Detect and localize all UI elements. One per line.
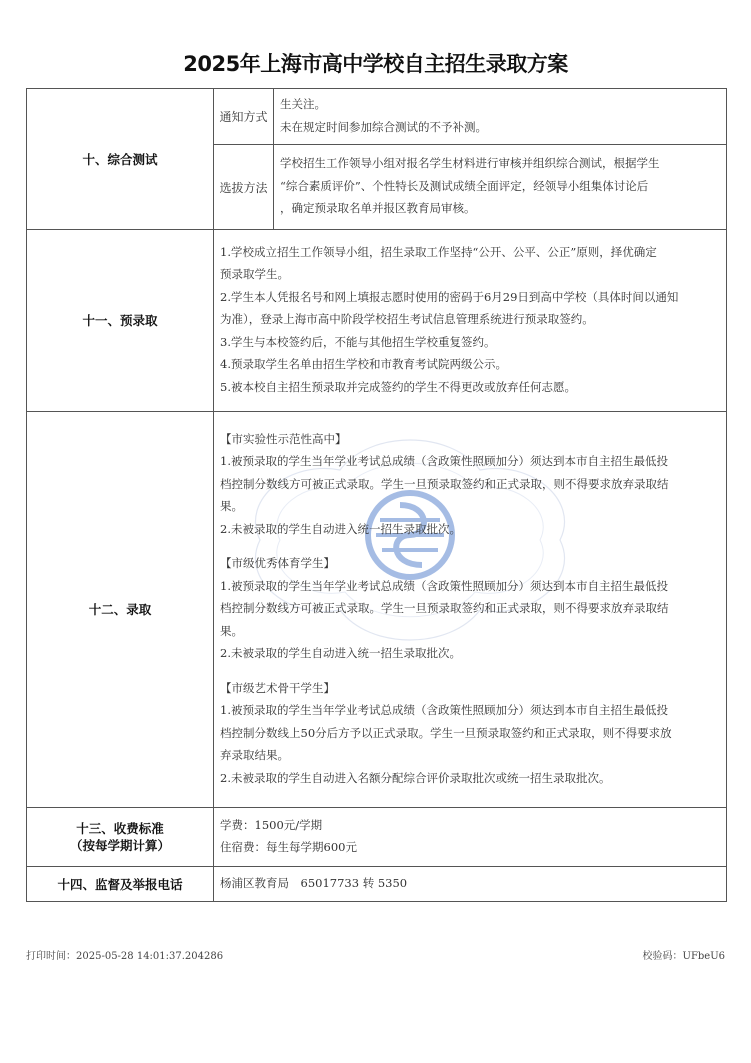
selection-line: “综合素质评价”、个性特长及测试成绩全面评定，经领导小组集体讨论后 bbox=[280, 175, 718, 198]
section-13-row: 十三、收费标准 （按每学期计算） 学费：1500元/学期 住宿费：每生每学期60… bbox=[27, 808, 727, 867]
section-13-content: 学费：1500元/学期 住宿费：每生每学期600元 bbox=[214, 808, 727, 867]
selection-method-label: 选拔方法 bbox=[214, 145, 274, 230]
pre-admission-line: 为准），登录上海市高中阶段学校招生考试信息管理系统进行预录取签约。 bbox=[220, 308, 718, 331]
section-11-row: 十一、预录取 1.学校成立招生工作领导小组，招生录取工作坚持“公开、公平、公正”… bbox=[27, 230, 727, 412]
notify-method-label: 通知方式 bbox=[214, 89, 274, 145]
supervision-phone: 杨浦区教育局 65017733 转 5350 bbox=[214, 867, 727, 902]
admission-plan-table: 十、综合测试 通知方式 生关注。 未在规定时间参加综合测试的不予补测。 选拔方法… bbox=[26, 88, 727, 902]
admission-line: 档控制分数线方可被正式录取。学生一旦预录取签约和正式录取，则不得要求放弃录取结 bbox=[220, 473, 718, 496]
admission-line: 1.被预录取的学生当年学业考试总成绩（含政策性照顾加分）须达到本市自主招生最低投 bbox=[220, 575, 718, 598]
section-10-heading: 十、综合测试 bbox=[27, 89, 214, 230]
pre-admission-line: 4.预录取学生名单由招生学校和市教育考试院两级公示。 bbox=[220, 353, 718, 376]
admission-line: 2.未被录取的学生自动进入统一招生录取批次。 bbox=[220, 642, 718, 665]
notify-method-content: 生关注。 未在规定时间参加综合测试的不予补测。 bbox=[274, 89, 727, 145]
admission-line: 1.被预录取的学生当年学业考试总成绩（含政策性照顾加分）须达到本市自主招生最低投 bbox=[220, 450, 718, 473]
selection-method-content: 学校招生工作领导小组对报名学生材料进行审核并组织综合测试，根据学生 “综合素质评… bbox=[274, 145, 727, 230]
section-11-content: 1.学校成立招生工作领导小组，招生录取工作坚持“公开、公平、公正”原则，择优确定… bbox=[214, 230, 727, 412]
pre-admission-line: 2.学生本人凭报名号和网上填报志愿时使用的密码于6月29日到高中学校（具体时间以… bbox=[220, 286, 718, 309]
admission-line: 果。 bbox=[220, 620, 718, 643]
section-10-row-notify: 十、综合测试 通知方式 生关注。 未在规定时间参加综合测试的不予补测。 bbox=[27, 89, 727, 145]
section-12-content: 【市实验性示范性高中】 1.被预录取的学生当年学业考试总成绩（含政策性照顾加分）… bbox=[214, 412, 727, 808]
group-title-demo-school: 【市实验性示范性高中】 bbox=[220, 428, 718, 451]
notify-line: 生关注。 bbox=[280, 93, 718, 116]
section-14-row: 十四、监督及举报电话 杨浦区教育局 65017733 转 5350 bbox=[27, 867, 727, 902]
boarding-fee: 住宿费：每生每学期600元 bbox=[220, 836, 718, 859]
group-title-sports: 【市级优秀体育学生】 bbox=[220, 552, 718, 575]
section-13-heading: 十三、收费标准 （按每学期计算） bbox=[27, 808, 214, 867]
selection-line: ，确定预录取名单并报区教育局审核。 bbox=[280, 197, 718, 220]
section-13-heading-line2: （按每学期计算） bbox=[27, 837, 213, 854]
section-11-heading: 十一、预录取 bbox=[27, 230, 214, 412]
admission-line: 弃录取结果。 bbox=[220, 744, 718, 767]
section-14-heading: 十四、监督及举报电话 bbox=[27, 867, 214, 902]
group-title-arts: 【市级艺术骨干学生】 bbox=[220, 677, 718, 700]
print-time: 打印时间：2025-05-28 14:01:37.204286 bbox=[26, 947, 223, 962]
admission-line: 档控制分数线上50分后方予以正式录取。学生一旦预录取签约和正式录取，则不得要求放 bbox=[220, 722, 718, 745]
pre-admission-line: 5.被本校自主招生预录取并完成签约的学生不得更改或放弃任何志愿。 bbox=[220, 376, 718, 399]
admission-line: 1.被预录取的学生当年学业考试总成绩（含政策性照顾加分）须达到本市自主招生最低投 bbox=[220, 699, 718, 722]
admission-line: 2.未被录取的学生自动进入名额分配综合评价录取批次或统一招生录取批次。 bbox=[220, 767, 718, 790]
pre-admission-line: 预录取学生。 bbox=[220, 263, 718, 286]
pre-admission-line: 1.学校成立招生工作领导小组，招生录取工作坚持“公开、公平、公正”原则，择优确定 bbox=[220, 241, 718, 264]
tuition-fee: 学费：1500元/学期 bbox=[220, 814, 718, 837]
admission-line: 2.未被录取的学生自动进入统一招生录取批次。 bbox=[220, 518, 718, 541]
section-12-heading: 十二、录取 bbox=[27, 412, 214, 808]
page-title: 2025年上海市高中学校自主招生录取方案 bbox=[0, 48, 751, 78]
pre-admission-line: 3.学生与本校签约后，不能与其他招生学校重复签约。 bbox=[220, 331, 718, 354]
section-12-row: 十二、录取 【市实验性示范性高中】 1.被预录取的学生当年学业考试总成绩（含政策… bbox=[27, 412, 727, 808]
admission-line: 果。 bbox=[220, 495, 718, 518]
admission-line: 档控制分数线方可被正式录取。学生一旦预录取签约和正式录取，则不得要求放弃录取结 bbox=[220, 597, 718, 620]
verify-code: 校验码：UFbeU6 bbox=[643, 947, 725, 962]
section-13-heading-line1: 十三、收费标准 bbox=[27, 820, 213, 837]
notify-line: 未在规定时间参加综合测试的不予补测。 bbox=[280, 116, 718, 139]
selection-line: 学校招生工作领导小组对报名学生材料进行审核并组织综合测试，根据学生 bbox=[280, 152, 718, 175]
